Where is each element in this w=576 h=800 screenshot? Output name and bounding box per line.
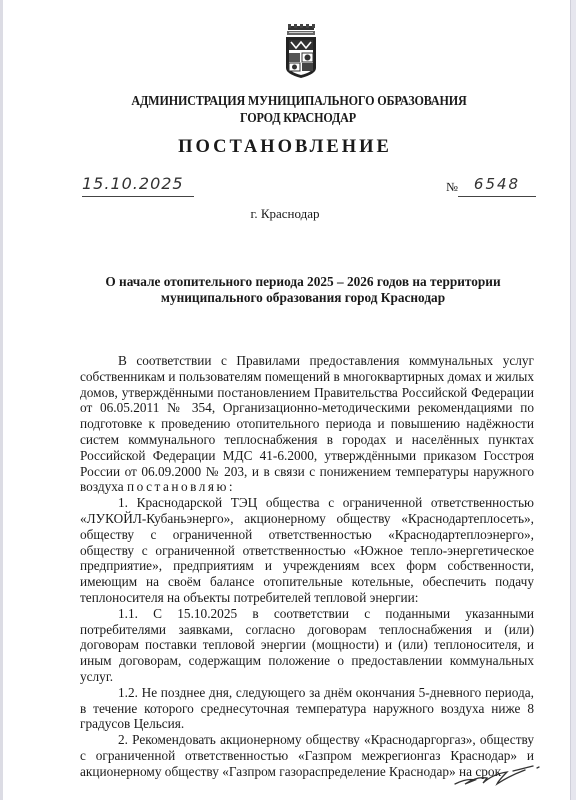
preamble-paragraph: В соответствии с Правилами предоставлени… [80, 353, 534, 495]
coat-of-arms-icon [283, 24, 319, 80]
title-line2: муниципального образования город Краснод… [80, 290, 526, 306]
document-page: АДМИНИСТРАЦИЯ МУНИЦИПАЛЬНОГО ОБРАЗОВАНИЯ… [0, 0, 570, 800]
scrollbar-track[interactable] [570, 0, 576, 800]
organization-name-line2: ГОРОД КРАСНОДАР [36, 110, 560, 126]
document-number: 6548 [474, 175, 520, 193]
document-body: В соответствии с Правилами предоставлени… [80, 353, 534, 780]
preamble-text: В соответствии с Правилами предоставлени… [80, 353, 534, 494]
title-line1: О начале отопительного периода 2025 – 20… [80, 274, 526, 290]
item-1-paragraph: 1. Краснодарской ТЭЦ общества с ограниче… [80, 495, 534, 606]
city-label: г. Краснодар [0, 206, 570, 222]
document-type-heading: ПОСТАНОВЛЕНИЕ [0, 137, 570, 158]
document-date-field: 15.10.2025 [82, 174, 194, 197]
number-label: № [446, 180, 458, 195]
decree-word: постановляю: [127, 479, 235, 494]
document-number-field: 6548 [458, 174, 536, 197]
document-title: О начале отопительного периода 2025 – 20… [80, 274, 526, 306]
document-date: 15.10.2025 [82, 174, 194, 194]
organization-name-line1: АДМИНИСТРАЦИЯ МУНИЦИПАЛЬНОГО ОБРАЗОВАНИЯ [37, 93, 561, 109]
item-1-1-paragraph: 1.1. С 15.10.2025 в соответствии с подан… [80, 606, 534, 685]
item-1-2-paragraph: 1.2. Не позднее дня, следующего за днём … [80, 685, 534, 732]
signature-icon [453, 762, 543, 788]
